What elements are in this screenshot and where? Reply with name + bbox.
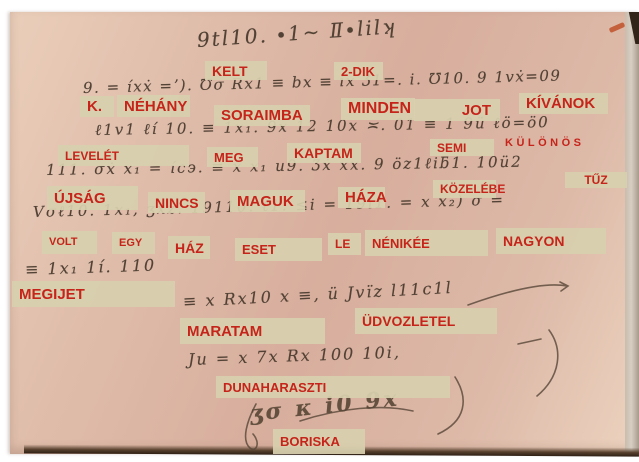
label-kelt: KELT xyxy=(205,61,267,80)
label-meg: MEG xyxy=(207,147,258,167)
label-dunaharaszti: DUNAHARASZTI xyxy=(216,376,450,398)
label-soraimba: SORAIMBA xyxy=(214,105,310,126)
label-kivanok: KÍVÁNOK xyxy=(519,93,608,114)
label-nenikee: NÉNIKÉE xyxy=(365,230,488,256)
screenshot-root: { "meta": { "description": "Scanned post… xyxy=(0,0,639,462)
label-ujsag: ÚJSÁG xyxy=(47,186,138,210)
label-kozelebe: KÖZELÉBE xyxy=(433,180,496,198)
label-nincs: NINCS xyxy=(148,192,205,213)
label-le: LE xyxy=(328,233,361,255)
label-boriska: BORISKA xyxy=(273,429,365,454)
label-udvozletel: ÜDVOZLETEL xyxy=(355,308,497,334)
label-levelet: LEVELÉT xyxy=(58,145,189,166)
label-minden: MINDEN xyxy=(341,98,415,120)
label-maguk: MAGUK xyxy=(230,190,305,212)
label-volt: VOLT xyxy=(42,231,97,254)
label-haza: HÁZA xyxy=(338,187,385,208)
label-kaptam: KAPTAM xyxy=(287,143,361,163)
label-tuz: TŰZ xyxy=(565,172,627,188)
label-maratam: MARATAM xyxy=(180,318,325,344)
label-semi: SEMI xyxy=(430,139,494,156)
label-haz: HÁZ xyxy=(168,236,210,259)
postcard-right-edge xyxy=(625,12,639,454)
label-jot: JOT xyxy=(414,99,500,121)
label-2-dik: 2-DIK xyxy=(334,62,383,80)
label-megijet: MEGIJET xyxy=(12,281,175,307)
label-nagyon: NAGYON xyxy=(496,228,606,254)
label-k: K. xyxy=(80,96,114,117)
label-nehany: NÉHÁNY xyxy=(117,95,190,117)
label-egy: EGY xyxy=(112,232,155,254)
label-kulonos: KÜLÖNÖS xyxy=(505,136,595,150)
label-eset: ESET xyxy=(235,238,322,261)
